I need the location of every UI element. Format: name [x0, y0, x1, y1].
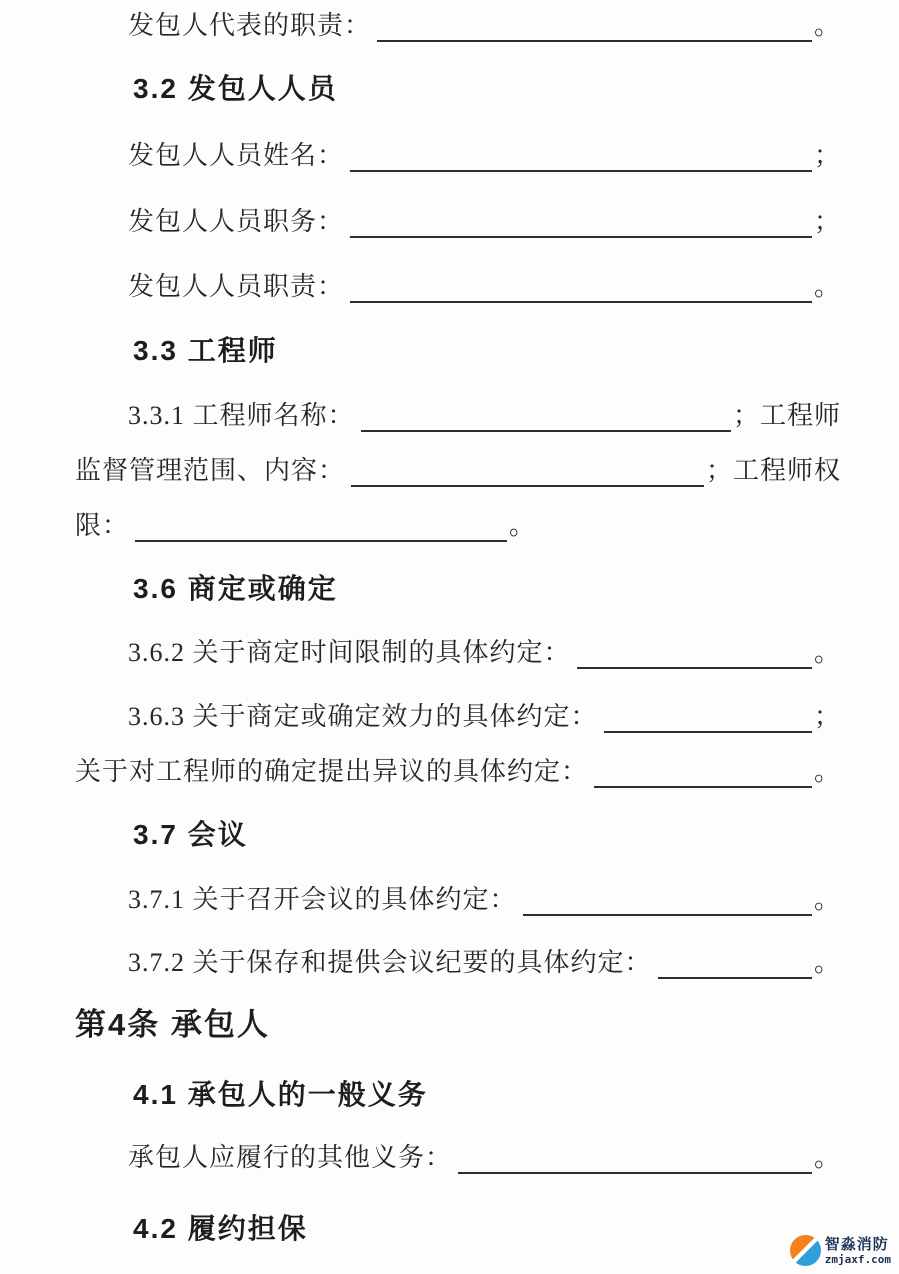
section-heading-3-3: 3.3 工程师 — [133, 334, 278, 368]
brand-website: zmjaxf.com — [825, 1254, 891, 1265]
blank-underline[interactable] — [594, 754, 812, 788]
section-heading-3-6: 3.6 商定或确定 — [133, 572, 338, 606]
line-punctuation: 。 — [814, 880, 841, 920]
blank-underline[interactable] — [377, 8, 812, 42]
field-label: 发包人人员姓名： — [128, 136, 344, 176]
blank-underline[interactable] — [458, 1140, 812, 1174]
line-punctuation: 。 — [814, 267, 841, 307]
blank-underline[interactable] — [523, 882, 812, 916]
line-tail-text: ；工程师权 — [706, 451, 841, 491]
article-heading-4: 第4条 承包人 — [75, 1008, 270, 1042]
line-punctuation: 。 — [814, 1138, 841, 1178]
form-line-employer-rep-duties: 发包人代表的职责： 。 — [128, 6, 841, 46]
blank-underline[interactable] — [350, 269, 812, 303]
field-label: 3.3.1 工程师名称： — [128, 396, 355, 436]
field-label: 3.6.2 关于商定时间限制的具体约定： — [128, 633, 571, 673]
field-label: 监督管理范围、内容： — [75, 451, 345, 491]
section-heading-4-1: 4.1 承包人的一般义务 — [133, 1078, 428, 1112]
form-line-engineer-scope: 监督管理范围、内容： ；工程师权 — [75, 451, 841, 491]
line-punctuation: 。 — [814, 6, 841, 46]
form-line-personnel-position: 发包人人员职务： ； — [128, 202, 841, 242]
form-line-validity-agreement: 3.6.3 关于商定或确定效力的具体约定： ； — [128, 697, 841, 737]
field-label: 限： — [75, 506, 129, 546]
brand-watermark: 智淼消防 zmjaxf.com — [790, 1235, 891, 1266]
contract-document-page: 发包人代表的职责： 。 3.2 发包人人员 发包人人员姓名： ； 发包人人员职务… — [0, 0, 899, 1274]
field-label: 承包人应履行的其他义务： — [128, 1138, 452, 1178]
form-line-personnel-duties: 发包人人员职责： 。 — [128, 267, 841, 307]
line-punctuation: 。 — [814, 633, 841, 673]
line-punctuation: ； — [814, 697, 841, 737]
form-line-meeting-agreement: 3.7.1 关于召开会议的具体约定： 。 — [128, 880, 841, 920]
field-label: 关于对工程师的确定提出异议的具体约定： — [75, 752, 588, 792]
blank-underline[interactable] — [361, 398, 731, 432]
field-label: 发包人人员职责： — [128, 267, 344, 307]
field-label: 发包人代表的职责： — [128, 6, 371, 46]
section-heading-3-7: 3.7 会议 — [133, 818, 248, 852]
blank-underline[interactable] — [604, 699, 812, 733]
brand-name: 智淼消防 — [825, 1237, 891, 1252]
line-punctuation: ； — [814, 136, 841, 176]
form-line-minutes-agreement: 3.7.2 关于保存和提供会议纪要的具体约定： 。 — [128, 943, 841, 983]
blank-underline[interactable] — [577, 635, 812, 669]
line-punctuation: ； — [814, 202, 841, 242]
line-punctuation: 。 — [814, 752, 841, 792]
section-heading-4-2: 4.2 履约担保 — [133, 1212, 308, 1246]
line-punctuation: 。 — [814, 943, 841, 983]
blank-underline[interactable] — [135, 508, 507, 542]
line-punctuation: 。 — [509, 506, 536, 546]
form-line-personnel-name: 发包人人员姓名： ； — [128, 136, 841, 176]
field-label: 3.7.1 关于召开会议的具体约定： — [128, 880, 517, 920]
brand-logo-icon — [790, 1235, 821, 1266]
form-line-contractor-obligations: 承包人应履行的其他义务： 。 — [128, 1138, 841, 1178]
form-line-engineer-authority: 限： 。 — [75, 506, 841, 546]
form-line-engineer-name: 3.3.1 工程师名称： ；工程师 — [128, 396, 841, 436]
blank-underline[interactable] — [350, 138, 812, 172]
section-heading-3-2: 3.2 发包人人员 — [133, 72, 338, 106]
field-label: 3.7.2 关于保存和提供会议纪要的具体约定： — [128, 943, 652, 983]
line-tail-text: ；工程师 — [733, 396, 841, 436]
form-line-time-limit-agreement: 3.6.2 关于商定时间限制的具体约定： 。 — [128, 633, 841, 673]
blank-underline[interactable] — [350, 204, 812, 238]
blank-underline[interactable] — [658, 945, 812, 979]
field-label: 发包人人员职务： — [128, 202, 344, 242]
blank-underline[interactable] — [351, 453, 704, 487]
field-label: 3.6.3 关于商定或确定效力的具体约定： — [128, 697, 598, 737]
form-line-objection-agreement: 关于对工程师的确定提出异议的具体约定： 。 — [75, 752, 841, 792]
